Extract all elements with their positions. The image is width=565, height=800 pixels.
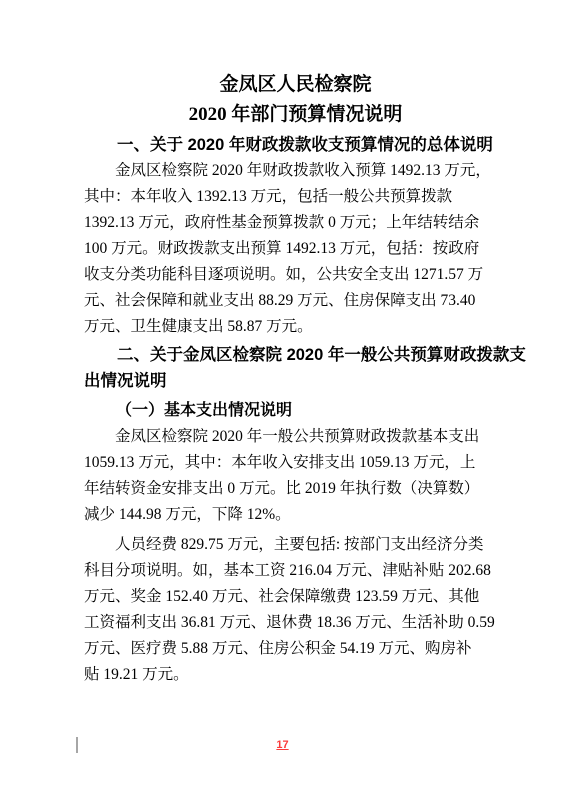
section-1-heading: 一、关于 2020 年财政拨款收支预算情况的总体说明 — [84, 132, 507, 158]
text-cursor-mark — [76, 737, 78, 753]
page-number: 17 — [276, 739, 288, 751]
paragraph-basic-expenditure: 金凤区检察院 2020 年一般公共预算财政拨款基本支出 1059.13 万元，其… — [84, 424, 507, 528]
paragraph-personnel-expenses: 人员经费 829.75 万元，主要包括: 按部门支出经济分类 科目分项说明。如，… — [84, 532, 507, 688]
section-2-heading: 二、关于金凤区检察院 2020 年一般公共预算财政拨款支 出情况说明 — [84, 342, 507, 394]
document-title: 金凤区人民检察院 — [84, 70, 507, 100]
paragraph-fiscal-appropriation-overview: 金凤区检察院 2020 年财政拨款收入预算 1492.13 万元， 其中：本年收… — [84, 158, 507, 340]
document-subtitle: 2020 年部门预算情况说明 — [84, 100, 507, 130]
document-page: 金凤区人民检察院 2020 年部门预算情况说明 一、关于 2020 年财政拨款收… — [0, 0, 565, 800]
subsection-basic-expenditure-heading: （一）基本支出情况说明 — [84, 398, 507, 424]
